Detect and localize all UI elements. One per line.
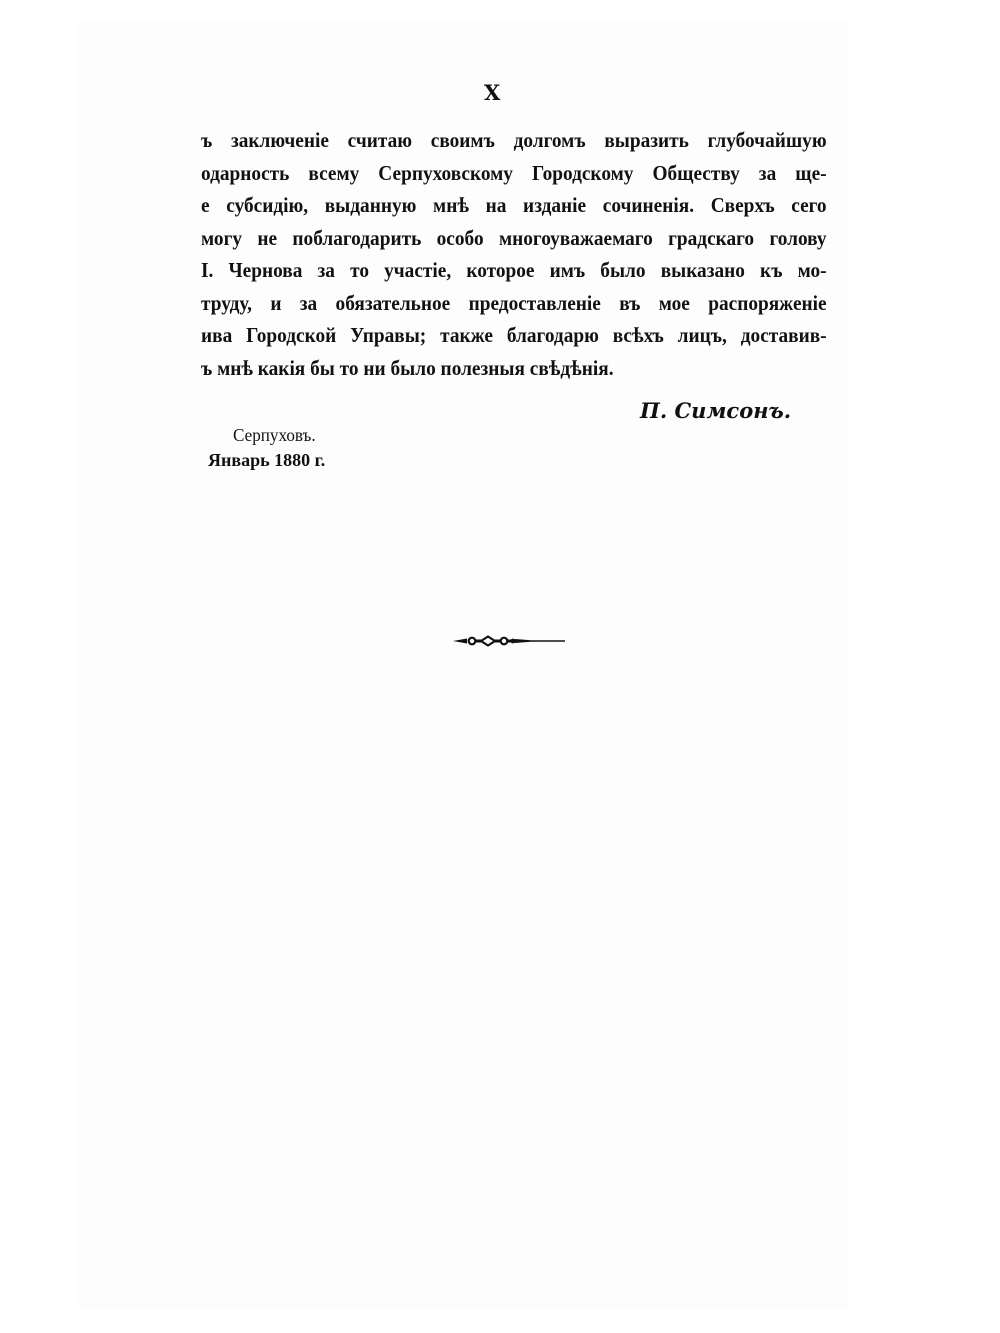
text-line: І. Чернова за то участіе, которое имъ бы… [201,254,827,287]
author-signature: П. Симсонъ. [640,398,791,423]
text-line: труду, и за обязательное предоставленіе … [201,287,827,320]
place-line: Серпуховъ. [233,425,316,446]
text-line: могу не поблагодарить особо многоуважаем… [201,222,827,255]
text-line: одарность всему Серпуховскому Городскому… [201,157,827,190]
body-paragraph: ъ заключеніе считаю своимъ долгомъ выраз… [201,124,827,384]
text-line: ъ мнѣ какія бы то ни было полезныя свѣдѣ… [201,352,827,385]
text-line: ъ заключеніе считаю своимъ долгомъ выраз… [201,124,827,157]
text-line: ива Городской Управы; также благодарю вс… [201,319,827,352]
text-line: е субсидію, выданную мнѣ на изданіе сочи… [201,189,827,222]
ornament-divider-icon [453,633,567,649]
date-line: Январь 1880 г. [208,450,325,471]
page-number: X [484,80,500,105]
